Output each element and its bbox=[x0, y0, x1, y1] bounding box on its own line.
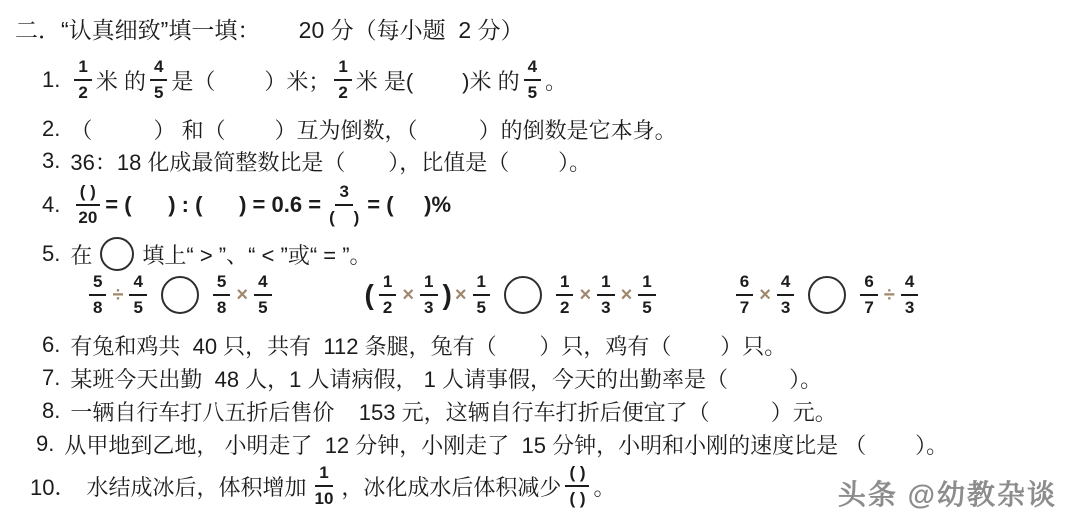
fraction-numerator: 4 bbox=[129, 272, 146, 296]
fraction-numerator: 6 bbox=[860, 272, 877, 296]
question-8-text: 一辆自行车打八五折后售价 153 元，这辆自行车打折后便宜了（ ）元。 bbox=[70, 396, 836, 427]
fraction-numerator: 1 bbox=[638, 272, 655, 296]
watermark: 头条 @幼教杂谈 bbox=[838, 473, 1057, 513]
question-7: 7. 某班今天出勤 48 人，1 人请病假， 1 人请事假，今天的出勤率是（ ）… bbox=[42, 361, 822, 395]
fraction: 15 bbox=[473, 272, 490, 317]
section-title: 二．“认真细致”填一填： 20 分（每小题 2 分） bbox=[15, 12, 524, 45]
question-1-text: 米 的 bbox=[96, 65, 146, 96]
comparison-circle bbox=[161, 276, 199, 314]
question-6: 6. 有兔和鸡共 40 只，共有 112 条腿，兔有（ ）只，鸡有（ ）只。 bbox=[42, 328, 786, 362]
fraction: ( )20 bbox=[74, 182, 101, 227]
question-3-text: 36：18 化成最简整数比是（ ），比值是（ ）。 bbox=[70, 146, 591, 177]
question-5-text: 填上“ > ”、“ < ”或“ = ”。 bbox=[142, 239, 371, 270]
question-6-number: 6. bbox=[42, 332, 60, 358]
question-10: 10． 水结成冰后，体积增加 110 ，冰化成水后体积减少 ( )( ) 。 bbox=[30, 458, 616, 514]
question-4-equation: = ( ) : ( ) = 0.6 = bbox=[105, 192, 321, 218]
fraction: 43 bbox=[901, 272, 918, 317]
question-2-number: 2. bbox=[42, 116, 60, 142]
fraction-numerator: 4 bbox=[524, 57, 541, 81]
question-2: 2. （ ） 和（ ）互为倒数，（ ）的倒数是它本身。 bbox=[42, 112, 677, 146]
fraction-numerator: 1 bbox=[379, 272, 396, 296]
fraction-denominator: 7 bbox=[860, 296, 877, 318]
question-7-text: 某班今天出勤 48 人，1 人请病假， 1 人请事假，今天的出勤率是（ ）。 bbox=[70, 363, 822, 394]
question-4-percent: = ( )% bbox=[367, 192, 451, 218]
fraction: 110 bbox=[311, 463, 338, 508]
fraction-numerator: 4 bbox=[254, 272, 271, 296]
fraction-numerator: 4 bbox=[150, 57, 167, 81]
question-5-comparisons: 58 ÷ 45 58 × 45 ( 12 × 13 ) × 15 12 × 13… bbox=[85, 268, 922, 322]
question-1: 1. 12 米 的 45 是（ ）米； 12 米 是( )米 的 45 。 bbox=[42, 54, 567, 106]
fraction-numerator: ( ) bbox=[76, 182, 100, 206]
fraction-numerator: ( ) bbox=[565, 463, 589, 487]
question-4: 4. ( )20 = ( ) : ( ) = 0.6 = 3( ) = ( )% bbox=[42, 176, 451, 234]
comparison-circle bbox=[100, 237, 134, 271]
question-1-number: 1. bbox=[42, 67, 60, 93]
question-3: 3. 36：18 化成最简整数比是（ ），比值是（ ）。 bbox=[42, 144, 591, 178]
worksheet-page: 二．“认真细致”填一填： 20 分（每小题 2 分） 1. 12 米 的 45 … bbox=[0, 0, 1067, 519]
fraction-numerator: 1 bbox=[556, 272, 573, 296]
question-10-period: 。 bbox=[593, 471, 615, 502]
fraction: 45 bbox=[254, 272, 271, 317]
fraction-numerator: 1 bbox=[473, 272, 490, 296]
fraction: 13 bbox=[597, 272, 614, 317]
fraction: 67 bbox=[736, 272, 753, 317]
fraction-denominator: 8 bbox=[89, 296, 106, 318]
fraction: 12 bbox=[334, 57, 351, 102]
question-9: 9. 从甲地到乙地， 小明走了 12 分钟，小刚走了 15 分钟，小明和小刚的速… bbox=[36, 427, 948, 461]
fraction: 45 bbox=[129, 272, 146, 317]
fraction: ( )( ) bbox=[565, 463, 589, 508]
fraction: 12 bbox=[379, 272, 396, 317]
fraction-denominator: 5 bbox=[150, 81, 167, 103]
fraction: 58 bbox=[213, 272, 230, 317]
fraction-denominator: 5 bbox=[524, 81, 541, 103]
multiply-operator: × bbox=[579, 284, 591, 307]
fraction-denominator: 2 bbox=[334, 81, 351, 103]
comparison-group-3: 67 × 43 67 ÷ 43 bbox=[732, 272, 923, 317]
fraction-denominator: 7 bbox=[736, 296, 753, 318]
question-8-number: 8. bbox=[42, 398, 60, 424]
multiply-operator: × bbox=[759, 284, 771, 307]
section-title-text: 二．“认真细致”填一填： 20 分（每小题 2 分） bbox=[15, 12, 524, 45]
fraction-numerator: 1 bbox=[420, 272, 437, 296]
fraction: 3( ) bbox=[325, 182, 363, 227]
comparison-circle bbox=[808, 276, 846, 314]
question-4-number: 4. bbox=[42, 192, 60, 218]
question-9-number: 9. bbox=[36, 431, 54, 457]
question-5-text: 在 bbox=[70, 239, 92, 270]
fraction: 67 bbox=[860, 272, 877, 317]
fraction-numerator: 4 bbox=[901, 272, 918, 296]
fraction-denominator: 5 bbox=[638, 296, 655, 318]
fraction-numerator: 5 bbox=[213, 272, 230, 296]
question-3-number: 3. bbox=[42, 148, 60, 174]
fraction-numerator: 1 bbox=[74, 57, 91, 81]
question-10-text: 水结成冰后，体积增加 bbox=[86, 471, 306, 502]
fraction: 12 bbox=[74, 57, 91, 102]
comparison-group-1: 58 ÷ 45 58 × 45 bbox=[85, 272, 276, 317]
fraction-numerator: 1 bbox=[334, 57, 351, 81]
question-5-number: 5. bbox=[42, 241, 60, 267]
comparison-group-2: ( 12 × 13 ) × 15 12 × 13 × 15 bbox=[364, 272, 660, 317]
question-2-text: （ ） 和（ ）互为倒数，（ ）的倒数是它本身。 bbox=[70, 114, 676, 145]
fraction-denominator: 3 bbox=[597, 296, 614, 318]
fraction-numerator: 3 bbox=[335, 182, 352, 206]
fraction: 12 bbox=[556, 272, 573, 317]
multiply-operator: × bbox=[621, 284, 633, 307]
fraction: 45 bbox=[524, 57, 541, 102]
question-7-number: 7. bbox=[42, 365, 60, 391]
fraction-numerator: 1 bbox=[597, 272, 614, 296]
fraction-denominator: 10 bbox=[311, 487, 338, 509]
divide-operator: ÷ bbox=[884, 284, 895, 307]
fraction: 13 bbox=[420, 272, 437, 317]
question-1-blank: 是（ ）米； bbox=[171, 65, 330, 96]
multiply-operator: × bbox=[236, 284, 248, 307]
fraction-denominator: ( ) bbox=[565, 487, 589, 509]
fraction-numerator: 6 bbox=[736, 272, 753, 296]
fraction-numerator: 4 bbox=[777, 272, 794, 296]
fraction: 15 bbox=[638, 272, 655, 317]
fraction-numerator: 1 bbox=[315, 463, 332, 487]
left-paren: ( bbox=[365, 281, 374, 309]
fraction-denominator: 3 bbox=[420, 296, 437, 318]
fraction-denominator: 2 bbox=[379, 296, 396, 318]
question-1-period: 。 bbox=[545, 65, 567, 96]
right-paren: ) bbox=[443, 281, 452, 309]
question-6-text: 有兔和鸡共 40 只，共有 112 条腿，兔有（ ）只，鸡有（ ）只。 bbox=[70, 330, 786, 361]
question-10-text: ，冰化成水后体积减少 bbox=[341, 471, 561, 502]
multiply-operator: × bbox=[455, 284, 467, 307]
question-10-number: 10． bbox=[30, 471, 76, 502]
fraction-denominator: 5 bbox=[129, 296, 146, 318]
fraction-numerator: 5 bbox=[89, 272, 106, 296]
divide-operator: ÷ bbox=[112, 284, 123, 307]
fraction-denominator: 8 bbox=[213, 296, 230, 318]
comparison-circle bbox=[504, 276, 542, 314]
fraction: 45 bbox=[150, 57, 167, 102]
fraction: 58 bbox=[89, 272, 106, 317]
fraction-denominator: 5 bbox=[473, 296, 490, 318]
fraction-denominator: 2 bbox=[556, 296, 573, 318]
fraction-denominator: 3 bbox=[777, 296, 794, 318]
fraction-denominator: 5 bbox=[254, 296, 271, 318]
fraction-denominator: 20 bbox=[74, 206, 101, 228]
fraction-denominator: ( ) bbox=[325, 206, 363, 228]
question-9-text: 从甲地到乙地， 小明走了 12 分钟，小刚走了 15 分钟，小明和小刚的速度比是… bbox=[64, 429, 948, 460]
multiply-operator: × bbox=[402, 284, 414, 307]
fraction-denominator: 2 bbox=[74, 81, 91, 103]
fraction-denominator: 3 bbox=[901, 296, 918, 318]
question-8: 8. 一辆自行车打八五折后售价 153 元，这辆自行车打折后便宜了（ ）元。 bbox=[42, 394, 837, 428]
fraction: 43 bbox=[777, 272, 794, 317]
question-1-blank: 米 是( )米 的 bbox=[356, 65, 520, 96]
